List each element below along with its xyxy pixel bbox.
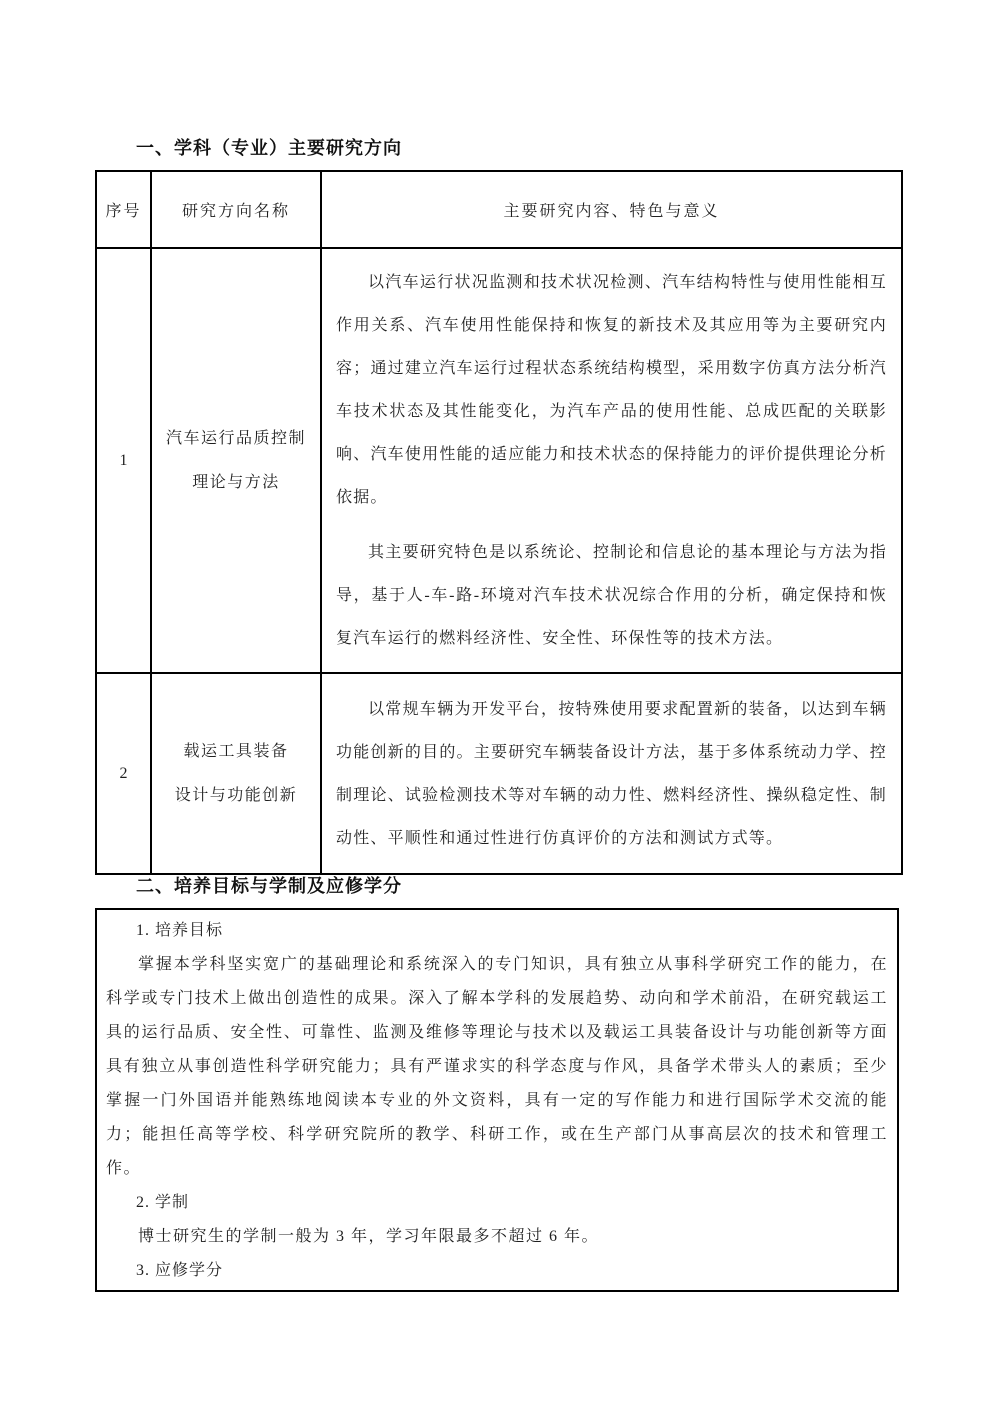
goal-item-1-label: 1. 培养目标: [106, 914, 888, 948]
direction-name-line: 汽车运行品质控制: [153, 417, 319, 461]
header-cell-index: 序号: [96, 171, 151, 248]
direction-name-line: 载运工具装备: [153, 730, 319, 774]
header-cell-content: 主要研究内容、特色与意义: [321, 171, 902, 248]
direction-name-line: 设计与功能创新: [153, 774, 319, 818]
table-header-row: 序号 研究方向名称 主要研究内容、特色与意义: [96, 171, 902, 248]
goal-item-3-label: 3. 应修学分: [106, 1254, 888, 1288]
header-cell-direction-name: 研究方向名称: [151, 171, 321, 248]
table-row: 1 汽车运行品质控制 理论与方法 以汽车运行状况监测和技术状况检测、汽车结构特性…: [96, 248, 902, 673]
goal-item-2-body: 博士研究生的学制一般为 3 年，学习年限最多不超过 6 年。: [106, 1220, 888, 1254]
goal-item-3-body: 博士研究生在学期间修完不低于 15 学分。: [106, 1288, 888, 1292]
row2-index: 2: [96, 673, 151, 874]
row2-content: 以常规车辆为开发平台，按特殊使用要求配置新的装备，以达到车辆功能创新的目的。主要…: [321, 673, 902, 874]
direction-name-line: 理论与方法: [153, 461, 319, 505]
goal-item-1-body: 掌握本学科坚实宽广的基础理论和系统深入的专门知识，具有独立从事科学研究工作的能力…: [106, 948, 888, 1186]
row1-index: 1: [96, 248, 151, 673]
goal-item-2-label: 2. 学制: [106, 1186, 888, 1220]
row1-direction-name: 汽车运行品质控制 理论与方法: [151, 248, 321, 673]
row1-paragraph-2: 其主要研究特色是以系统论、控制论和信息论的基本理论与方法为指导，基于人-车-路-…: [336, 531, 887, 660]
row1-paragraph-1: 以汽车运行状况监测和技术状况检测、汽车结构特性与使用性能相互作用关系、汽车使用性…: [336, 261, 887, 519]
section1-heading: 一、学科（专业）主要研究方向: [136, 134, 402, 160]
document-page: 一、学科（专业）主要研究方向 序号 研究方向名称 主要研究内容、特色与意义 1 …: [0, 0, 992, 1403]
row2-direction-name: 载运工具装备 设计与功能创新: [151, 673, 321, 874]
section2-heading: 二、培养目标与学制及应修学分: [136, 872, 402, 898]
research-directions-table: 序号 研究方向名称 主要研究内容、特色与意义 1 汽车运行品质控制 理论与方法 …: [95, 170, 903, 875]
row1-content: 以汽车运行状况监测和技术状况检测、汽车结构特性与使用性能相互作用关系、汽车使用性…: [321, 248, 902, 673]
training-goals-box: 1. 培养目标 掌握本学科坚实宽广的基础理论和系统深入的专门知识，具有独立从事科…: [95, 908, 899, 1292]
table-row: 2 载运工具装备 设计与功能创新 以常规车辆为开发平台，按特殊使用要求配置新的装…: [96, 673, 902, 874]
row2-paragraph-1: 以常规车辆为开发平台，按特殊使用要求配置新的装备，以达到车辆功能创新的目的。主要…: [336, 688, 887, 860]
